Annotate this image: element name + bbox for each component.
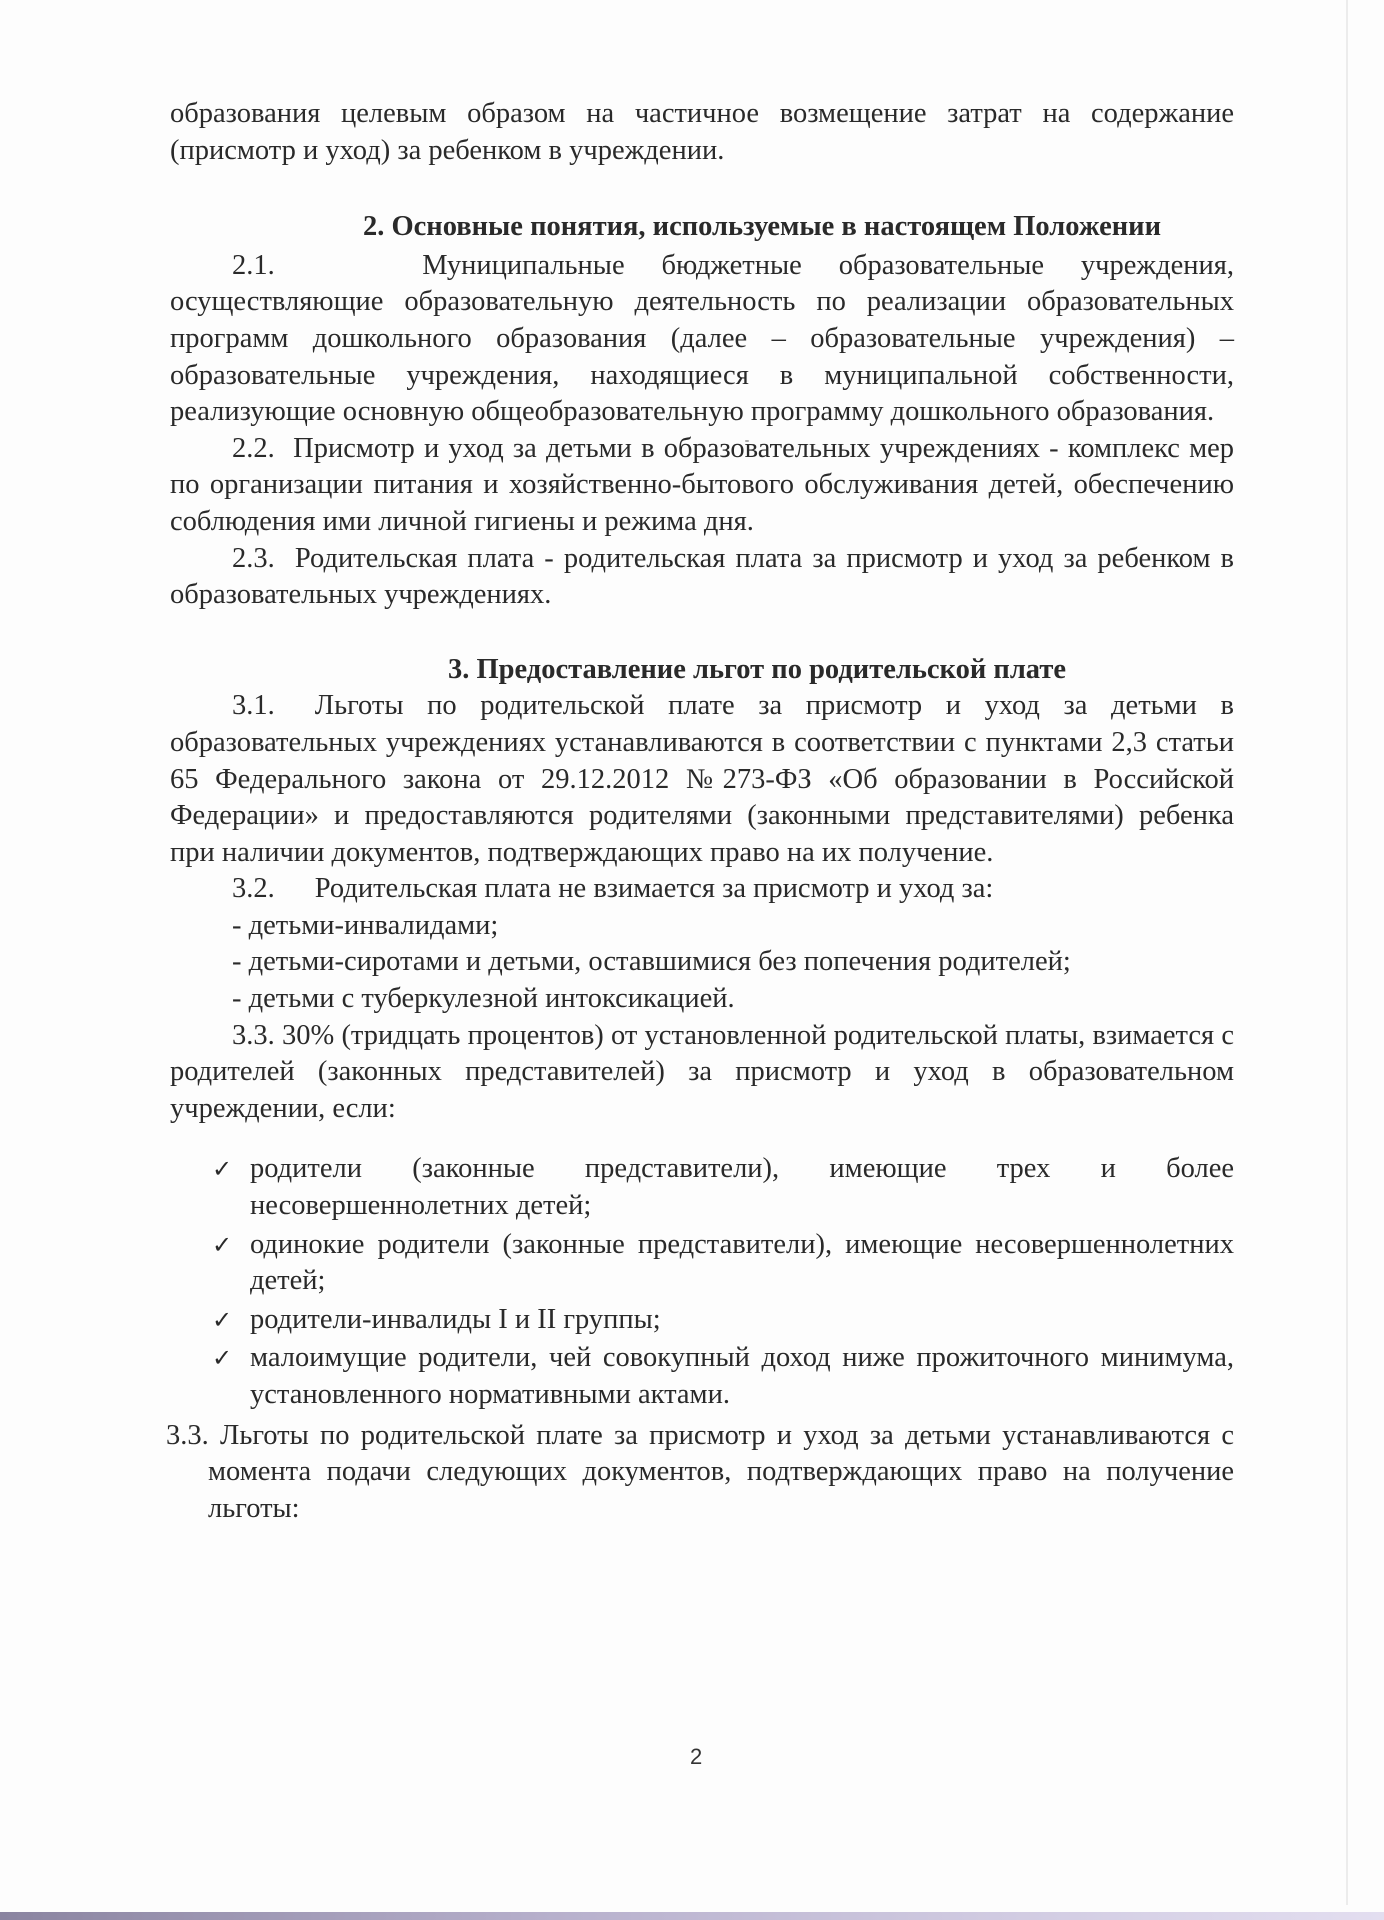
clause-number: 2.2. bbox=[232, 433, 275, 464]
section-2-heading: 2. Основные понятия, используемые в наст… bbox=[170, 209, 1234, 246]
checkmark-icon: ✓ bbox=[212, 1227, 232, 1264]
clause-text: Льготы по родительской плате за присмотр… bbox=[170, 690, 1234, 867]
clause-2-3: 2.3. Родительская плата - родительская п… bbox=[170, 541, 1234, 614]
scan-speck bbox=[745, 440, 749, 442]
clause-number: 2.3. bbox=[232, 543, 275, 574]
list-item-text: одинокие родители (законные представител… bbox=[250, 1229, 1234, 1297]
clause-text: Родительская плата не взимается за присм… bbox=[315, 873, 994, 904]
scanner-edge bbox=[0, 1912, 1384, 1920]
list-item: ✓одинокие родители (законные представите… bbox=[170, 1227, 1234, 1300]
clause-3-3-discount: 3.3. 30% (тридцать процентов) от установ… bbox=[170, 1018, 1234, 1128]
checkmark-icon: ✓ bbox=[212, 1340, 232, 1377]
list-item: ✓малоимущие родители, чей совокупный дох… bbox=[170, 1340, 1234, 1413]
checkmark-icon: ✓ bbox=[212, 1302, 232, 1339]
discount-conditions-list: ✓родители (законные представители), имею… bbox=[170, 1151, 1234, 1413]
clause-2-1: 2.1. Муниципальные бюджетные образовател… bbox=[170, 248, 1234, 431]
clause-number: 3.3. bbox=[166, 1418, 209, 1455]
list-item-text: родители-инвалиды I и II группы; bbox=[250, 1304, 661, 1335]
clause-text: Родительская плата - родительская плата … bbox=[170, 543, 1234, 611]
clause-number: 3.2. bbox=[232, 873, 275, 904]
clause-text: Муниципальные бюджетные образовательные … bbox=[170, 250, 1234, 427]
clause-number: 2.1. bbox=[232, 250, 275, 281]
checkmark-icon: ✓ bbox=[212, 1151, 232, 1188]
list-item: ✓родители (законные представители), имею… bbox=[170, 1151, 1234, 1224]
exempt-list-item: - детьми-инвалидами; bbox=[170, 908, 1234, 945]
clause-3-1: 3.1.Льготы по родительской плате за прис… bbox=[170, 688, 1234, 871]
clause-number: 3.1. bbox=[232, 690, 275, 721]
list-item-text: малоимущие родители, чей совокупный дохо… bbox=[250, 1342, 1234, 1410]
clause-3-2: 3.2.Родительская плата не взимается за п… bbox=[170, 871, 1234, 908]
list-item: ✓родители-инвалиды I и II группы; bbox=[170, 1302, 1234, 1339]
scan-speck bbox=[678, 1000, 680, 1004]
exempt-list-item: - детьми с туберкулезной интоксикацией. bbox=[170, 981, 1234, 1018]
clause-text: Присмотр и уход за детьми в образователь… bbox=[170, 433, 1234, 537]
clause-text: Льготы по родительской плате за присмотр… bbox=[208, 1418, 1234, 1528]
clause-text-content: Льготы по родительской плате за присмотр… bbox=[208, 1420, 1234, 1524]
document-body: образования целевым образом на частичное… bbox=[170, 96, 1234, 1527]
section-3-heading: 3. Предоставление льгот по родительской … bbox=[170, 652, 1234, 689]
intro-paragraph: образования целевым образом на частичное… bbox=[170, 96, 1234, 169]
page-number: 2 bbox=[690, 1744, 702, 1770]
exempt-list-item: - детьми-сиротами и детьми, оставшимися … bbox=[170, 944, 1234, 981]
clause-2-2: 2.2. Присмотр и уход за детьми в образов… bbox=[170, 431, 1234, 541]
page-edge bbox=[1346, 0, 1348, 1905]
list-item-text: родители (законные представители), имеющ… bbox=[250, 1153, 1234, 1221]
clause-3-3-documents: 3.3. Льготы по родительской плате за при… bbox=[170, 1418, 1234, 1528]
